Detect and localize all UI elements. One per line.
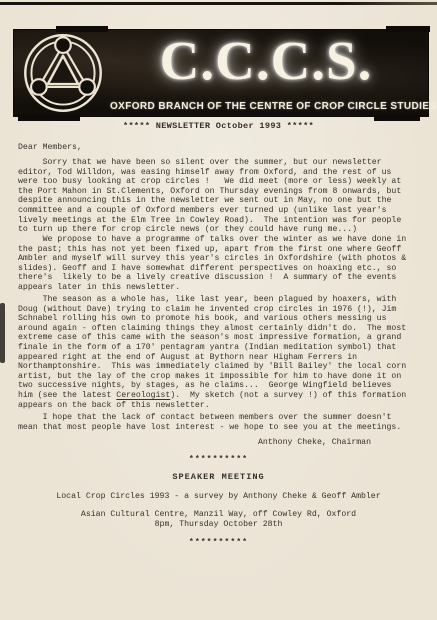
photocopy-smudge: [0, 303, 5, 363]
newsletter-date-line: ***** NEWSLETTER October 1993 *****: [0, 122, 437, 132]
paragraph-4: I hope that the lack of contact between …: [18, 413, 429, 432]
cereologist-underlined: Cereologist: [116, 391, 170, 400]
crop-circle-logo-icon: [22, 32, 104, 114]
scan-edge-line: [0, 2, 437, 5]
masthead-banner: C.C.C.S. OXFORD BRANCH OF THE CENTRE OF …: [14, 30, 428, 116]
meeting-talk-line: Local Crop Circles 1993 - a survey by An…: [0, 492, 437, 502]
paragraph-3-last-line: appears on the back of this newsletter.: [18, 401, 210, 410]
star-separator: **********: [0, 455, 437, 465]
cereologist-line-after: ). My sketch (not a survey !) of this fo…: [170, 391, 406, 400]
paragraph-2: We propose to have a programme of talks …: [18, 235, 429, 293]
banner-tab: [18, 114, 80, 121]
masthead-title: C.C.C.S.: [106, 20, 426, 92]
banner-tab: [374, 114, 420, 121]
paragraph-3-text: The season as a whole has, like last yea…: [18, 295, 406, 390]
newsletter-page: C.C.C.S. OXFORD BRANCH OF THE CENTRE OF …: [0, 0, 437, 620]
cereologist-line-before: him (see the latest: [18, 391, 116, 400]
paragraph-1: Sorry that we have been so silent over t…: [18, 158, 429, 235]
signature-line: Anthony Cheke, Chairman: [258, 438, 371, 448]
star-separator: **********: [0, 538, 437, 548]
paragraph-3: The season as a whole has, like last yea…: [18, 295, 429, 410]
meeting-time-line: 8pm, Thursday October 28th: [0, 520, 437, 530]
masthead-subtitle: OXFORD BRANCH OF THE CENTRE OF CROP CIRC…: [110, 101, 422, 112]
salutation: Dear Members,: [18, 143, 82, 153]
speaker-meeting-heading: SPEAKER MEETING: [0, 473, 437, 483]
meeting-venue-line: Asian Cultural Centre, Manzil Way, off C…: [0, 510, 437, 520]
